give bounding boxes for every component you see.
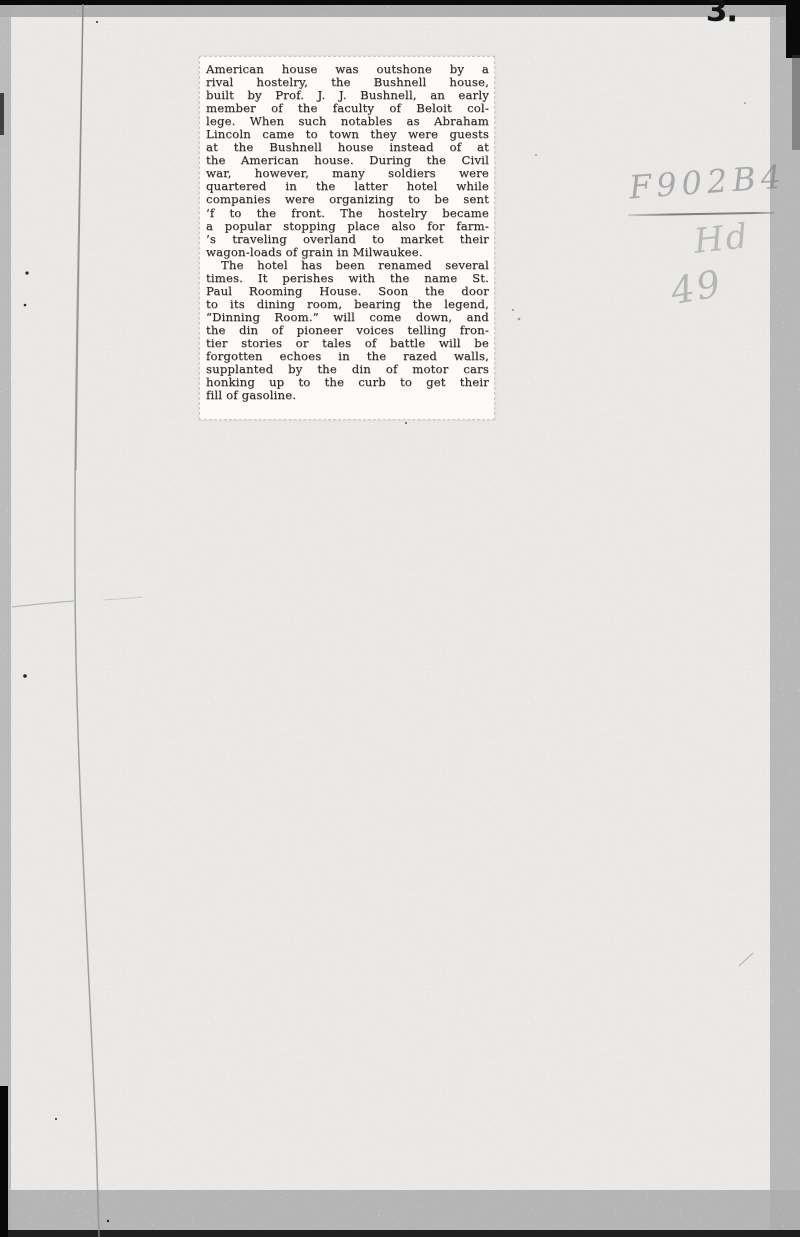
clipping-line: “DinningRoom.”willcomedown,and xyxy=(206,311,489,324)
clipping-line: companieswereorganizingtobesent xyxy=(206,193,489,206)
clipping-line: times.ItperisheswiththenameSt. xyxy=(206,272,489,285)
top-edge-strip xyxy=(0,0,800,5)
handwritten-note: Hd xyxy=(692,216,751,262)
right-edge-shade xyxy=(792,55,800,150)
page-crease-line xyxy=(75,4,99,1237)
handwritten-underline xyxy=(628,212,775,217)
clipping-line: Thehotelhasbeenrenamedseveral xyxy=(206,259,489,272)
right-noise-band xyxy=(770,0,800,1237)
bottom-edge-strip xyxy=(0,1230,800,1237)
page-crease-dark-segment xyxy=(76,6,83,470)
clipping-line: toitsdiningroom,bearingthelegend, xyxy=(206,298,489,311)
pencil-line-left xyxy=(12,601,74,607)
clipping-line: apopularstoppingplacealsoforfarm- xyxy=(206,220,489,233)
left-bottom-edge-strip xyxy=(0,1086,8,1237)
handwritten-page-number: 49 xyxy=(668,262,726,313)
pencil-mark-bottom-right xyxy=(739,953,753,966)
newspaper-clipping: Americanhousewasoutshonebyarivalhostelry… xyxy=(199,56,495,420)
gray-specks xyxy=(512,102,746,320)
left-noise-band xyxy=(0,0,11,1237)
right-top-edge-strip xyxy=(786,0,800,58)
clipping-text: Americanhousewasoutshonebyarivalhostelry… xyxy=(206,63,489,402)
pencil-line-right xyxy=(103,597,142,600)
page-corner-number: 3. xyxy=(706,0,738,29)
clipping-line: ’ftothefront.Thehostelrybecame xyxy=(206,207,489,220)
clipping-line: fill of gasoline. xyxy=(206,389,489,402)
clipping-line: wagon-loads of grain in Milwaukee. xyxy=(206,246,489,259)
bottom-noise-band xyxy=(0,1190,800,1237)
clipping-line: ’stravelingoverlandtomarkettheir xyxy=(206,233,489,246)
handwritten-call-number: F902B4 xyxy=(628,158,787,207)
scanned-page: 3. Americanhousewasoutshonebyarivalhoste… xyxy=(0,0,800,1237)
left-edge-mark xyxy=(0,93,4,135)
clipping-line: PaulRoomingHouse.Soonthedoor xyxy=(206,285,489,298)
top-noise-band xyxy=(0,3,800,17)
